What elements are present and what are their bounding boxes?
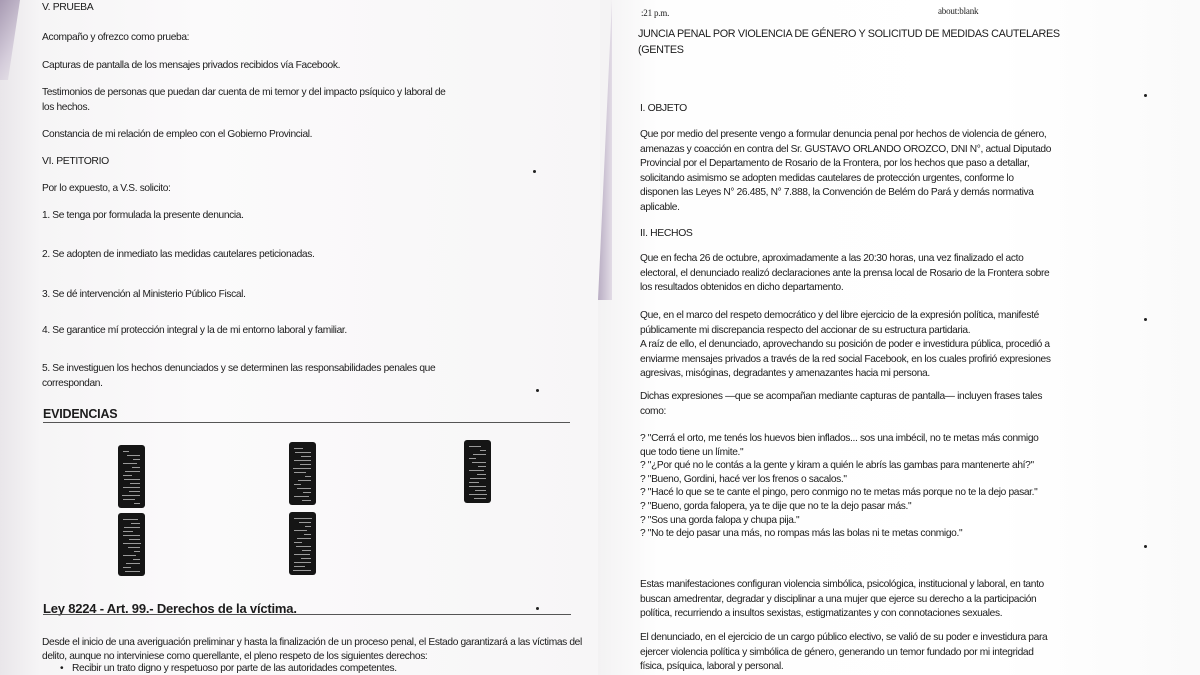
prueba-heading: V. PRUEBA (42, 0, 93, 16)
page-curl (0, 0, 20, 80)
scan-speck (533, 170, 536, 173)
scan-speck (1144, 318, 1147, 321)
text-line: solicitando asimismo se adopten medidas … (640, 171, 1014, 187)
chat-screenshot-thumbnail (118, 445, 145, 508)
document-title: JUNCIA PENAL POR VIOLENCIA DE GÉNERO Y S… (638, 27, 1060, 43)
text-line: política, recurriendo a insultos sexista… (640, 606, 1002, 622)
evidencias-heading: EVIDENCIAS (43, 407, 117, 421)
text-line: Provincial por el Departamento de Rosari… (640, 156, 1029, 172)
scan-speck (1144, 94, 1147, 97)
petitorio-item: 2. Se adopten de inmediato las medidas c… (42, 247, 314, 263)
chat-screenshot-thumbnail (289, 442, 316, 505)
ley-bullet: Recibir un trato digno y respetuoso por … (72, 663, 397, 674)
petitorio-item: 1. Se tenga por formulada la presente de… (42, 208, 244, 224)
document-page-left: V. PRUEBA Acompaño y ofrezco como prueba… (0, 0, 600, 675)
text-line: públicamente mi discrepancia respecto de… (640, 323, 970, 339)
text-line: disponen las Leyes N° 26.485, N° 7.888, … (640, 185, 1034, 201)
text-line: Dichas expresiones —que se acompañan med… (640, 389, 1042, 405)
heading-rule (43, 614, 571, 615)
document-page-right: :21 p.m. about:blank JUNCIA PENAL POR VI… (598, 0, 1200, 675)
document-title: (GENTES (638, 43, 684, 59)
text-line: aplicable. (640, 200, 680, 216)
petitorio-item: 5. Se investiguen los hechos denunciados… (42, 361, 435, 377)
text-line: ejercer violencia política y simbólica d… (640, 645, 1034, 661)
prueba-item: Testimonios de personas que puedan dar c… (42, 85, 446, 101)
chat-screenshot-thumbnail (289, 512, 316, 575)
text-line: enviarme mensajes privados a través de l… (640, 352, 1051, 368)
scan-speck (536, 607, 539, 610)
petitorio-item: 4. Se garantice mí protección integral y… (42, 323, 347, 339)
text-line: los resultados obtenidos en dicho depart… (640, 280, 843, 296)
petitorio-item: correspondan. (42, 376, 103, 392)
chat-screenshot-thumbnail (118, 513, 145, 576)
text-line: A raíz de ello, el denunciado, aprovecha… (640, 337, 1050, 353)
text-line: buscan amedrentar, degradar y disciplina… (640, 592, 1036, 608)
text-line: amenazas y coacción en contra del Sr. GU… (640, 142, 1051, 158)
scan-speck (536, 389, 539, 392)
text-line: Que por medio del presente vengo a formu… (640, 127, 1046, 143)
text-line: como: (640, 404, 666, 420)
prueba-item: Constancia de mi relación de empleo con … (42, 127, 312, 143)
scan-speck (1144, 545, 1147, 548)
page-curl (598, 0, 612, 300)
chat-screenshot-thumbnail (464, 440, 491, 503)
petitorio-heading: VI. PETITORIO (42, 154, 109, 170)
print-url: about:blank (938, 6, 978, 16)
prueba-item: Capturas de pantalla de los mensajes pri… (42, 58, 340, 74)
text-line: agresivas, misóginas, degradantes y amen… (640, 366, 930, 382)
petitorio-item: 3. Se dé intervención al Ministerio Públ… (42, 287, 246, 303)
text-line: El denunciado, en el ejercicio de un car… (640, 630, 1047, 646)
text-line: Estas manifestaciones configuran violenc… (640, 577, 1044, 593)
text-line: física, psíquica, laboral y personal. (640, 659, 783, 675)
text-line: Que en fecha 26 de octubre, aproximadame… (640, 251, 1023, 267)
text-line: electoral, el denunciado realizó declara… (640, 266, 1049, 282)
text-line: ? "No te dejo pasar una más, no rompas m… (640, 526, 962, 542)
print-time: :21 p.m. (641, 8, 669, 18)
petitorio-intro: Por lo expuesto, a V.S. solicito: (42, 181, 171, 197)
hechos-heading: II. HECHOS (640, 226, 693, 242)
prueba-item: los hechos. (42, 100, 90, 116)
text-line: Que, en el marco del respeto democrático… (640, 308, 1039, 324)
objeto-heading: I. OBJETO (640, 101, 687, 117)
prueba-intro: Acompaño y ofrezco como prueba: (42, 30, 189, 46)
heading-rule (43, 422, 570, 423)
